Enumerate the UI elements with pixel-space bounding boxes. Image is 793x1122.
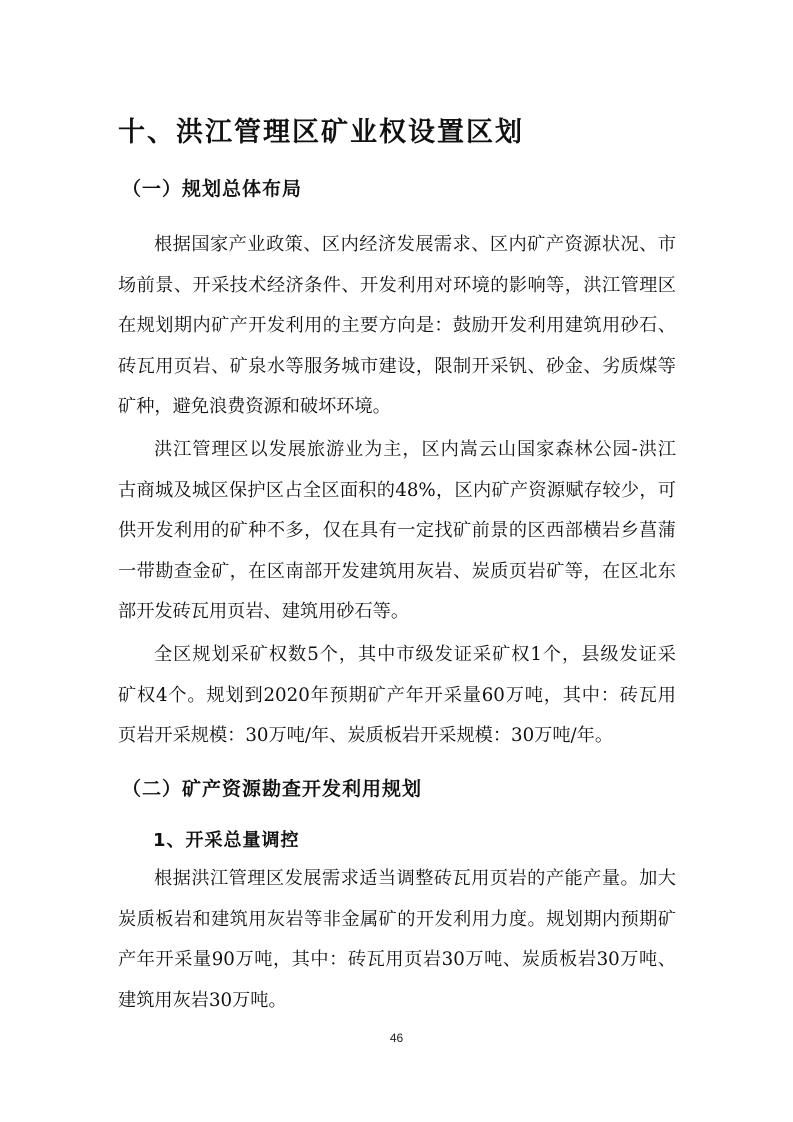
text-line: 在规划期内矿产开发利用的主要方向是：鼓励开发利用建筑用砂石、 (118, 312, 676, 353)
paragraph-tourism-focus: 洪江管理区以发展旅游业为主，区内嵩云山国家森林公园-洪江 古商城及城区保护区占全… (118, 436, 676, 639)
text-line: 供开发利用的矿种不多，仅在具有一定找矿前景的区西部横岩乡菖蒲 (118, 517, 676, 558)
text-line: 矿种，避免浪费资源和破坏环境。 (118, 393, 676, 434)
subsection-heading-total-output-control: 1、开采总量调控 (153, 827, 300, 855)
text-line: 产年开采量90万吨，其中：砖瓦用页岩30万吨、炭质板岩30万吨、 (118, 946, 676, 987)
text-line: 部开发砖瓦用页岩、建筑用砂石等。 (118, 598, 676, 639)
text-line: 全区规划采矿权数5个，其中市级发证采矿权1个，县级发证采 (118, 641, 676, 682)
chapter-title: 十、洪江管理区矿业权设置区划 (118, 115, 524, 151)
text-line: 建筑用灰岩30万吨。 (118, 987, 676, 1028)
paragraph-main-directions: 根据国家产业政策、区内经济发展需求、区内矿产资源状况、市 场前景、开采技术经济条… (118, 231, 676, 434)
text-line: 洪江管理区以发展旅游业为主，区内嵩云山国家森林公园-洪江 (118, 436, 676, 477)
text-line: 一带勘查金矿，在区南部开发建筑用灰岩、炭质页岩矿等，在区北东 (118, 558, 676, 599)
text-line: 页岩开采规模：30万吨/年、炭质板岩开采规模：30万吨/年。 (118, 722, 676, 763)
paragraph-output-adjustment: 根据洪江管理区发展需求适当调整砖瓦用页岩的产能产量。加大 炭质板岩和建筑用灰岩等… (118, 865, 676, 1027)
text-line: 砖瓦用页岩、矿泉水等服务城市建设，限制开采钒、砂金、劣质煤等 (118, 353, 676, 394)
text-line: 矿权4个。规划到2020年预期矿产年开采量60万吨，其中：砖瓦用 (118, 682, 676, 723)
page-number: 46 (0, 1031, 793, 1045)
section-heading-exploration-development: （二）矿产资源勘查开发利用规划 (122, 775, 422, 803)
paragraph-mining-rights-count: 全区规划采矿权数5个，其中市级发证采矿权1个，县级发证采 矿权4个。规划到202… (118, 641, 676, 763)
text-line: 根据洪江管理区发展需求适当调整砖瓦用页岩的产能产量。加大 (118, 865, 676, 906)
text-line: 古商城及城区保护区占全区面积的48%，区内矿产资源赋存较少，可 (118, 477, 676, 518)
section-heading-overall-layout: （一）规划总体布局 (122, 175, 302, 203)
text-line: 根据国家产业政策、区内经济发展需求、区内矿产资源状况、市 (118, 231, 676, 272)
text-line: 场前景、开采技术经济条件、开发利用对环境的影响等，洪江管理区 (118, 272, 676, 313)
text-line: 炭质板岩和建筑用灰岩等非金属矿的开发利用力度。规划期内预期矿 (118, 906, 676, 947)
document-page: 十、洪江管理区矿业权设置区划 （一）规划总体布局 根据国家产业政策、区内经济发展… (0, 0, 793, 1122)
